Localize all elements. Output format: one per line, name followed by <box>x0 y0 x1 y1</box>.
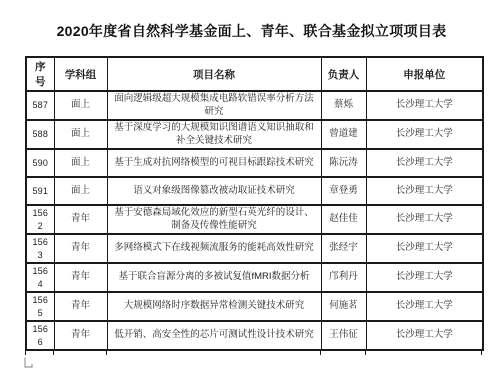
cell-group: 青年 <box>54 234 107 263</box>
cell-leader: 曾道建 <box>321 120 366 149</box>
cell-group: 青年 <box>54 321 107 350</box>
cell-unit: 长沙理工大学 <box>366 205 483 234</box>
cell-group: 面上 <box>54 120 107 149</box>
cell-seq: 587 <box>26 91 54 120</box>
cell-unit: 长沙理工大学 <box>366 292 483 321</box>
table-row: 591 面上 语义对象级图像篡改被动取证技术研究 章登勇 长沙理工大学 <box>26 177 483 205</box>
table-row: 590 面上 基于生成对抗网络模型的可视目标跟踪技术研究 陈沅涛 长沙理工大学 <box>26 149 483 177</box>
cell-seq: 1563 <box>26 234 54 263</box>
cell-unit: 长沙理工大学 <box>366 263 483 292</box>
cell-unit: 长沙理工大学 <box>366 321 483 350</box>
cell-unit: 长沙理工大学 <box>366 234 483 263</box>
header-cell-project: 项目名称 <box>107 57 321 91</box>
header-cell-seq: 序号 <box>26 57 54 91</box>
document-page: 2020年度省自然科学基金面上、青年、联合基金拟立项项目表 序号 学科组 项目名… <box>0 0 503 384</box>
cell-leader: 何施茗 <box>321 292 366 321</box>
cell-leader: 陈沅涛 <box>321 149 366 177</box>
cell-group: 青年 <box>54 205 107 234</box>
cell-unit: 长沙理工大学 <box>366 149 483 177</box>
cell-unit: 长沙理工大学 <box>366 120 483 149</box>
cell-seq: 1566 <box>26 321 54 350</box>
cell-seq: 590 <box>26 149 54 177</box>
text-caret-icon <box>23 357 35 369</box>
cell-project: 基于生成对抗网络模型的可视目标跟踪技术研究 <box>107 149 321 177</box>
cell-project: 语义对象级图像篡改被动取证技术研究 <box>107 177 321 205</box>
cell-group: 面上 <box>54 91 107 120</box>
cell-leader: 赵佳佳 <box>321 205 366 234</box>
cell-group: 面上 <box>54 149 107 177</box>
table-row: 1565 青年 大规模网络时序数据异常检测关键技术研究 何施茗 长沙理工大学 <box>26 292 483 321</box>
cell-seq: 1564 <box>26 263 54 292</box>
table-row: 587 面上 面向逻辑级超大规模集成电路软错误率分析方法研究 蔡烁 长沙理工大学 <box>26 91 483 120</box>
cell-project: 面向逻辑级超大规模集成电路软错误率分析方法研究 <box>107 91 321 120</box>
cell-project: 基于联合盲源分离的多被试复值fMRI数据分析 <box>107 263 321 292</box>
table-row: 1563 青年 多网络模式下在线视频流服务的能耗高效性研究 张经宇 长沙理工大学 <box>26 234 483 263</box>
cell-group: 青年 <box>54 292 107 321</box>
cell-leader: 邝利丹 <box>321 263 366 292</box>
clipped-next-row <box>25 351 482 355</box>
table-row: 588 面上 基于深度学习的大规模知识图谱语义知识抽取和补全关键技术研究 曾道建… <box>26 120 483 149</box>
page-title: 2020年度省自然科学基金面上、青年、联合基金拟立项项目表 <box>0 0 503 41</box>
table-row: 1566 青年 低开销、高安全性的芯片可测试性设计技术研究 王伟征 长沙理工大学 <box>26 321 483 350</box>
project-table: 序号 学科组 项目名称 负责人 申报单位 587 面上 面向逻辑级超大规模集成电… <box>25 56 484 351</box>
cell-leader: 蔡烁 <box>321 91 366 120</box>
table-row: 1562 青年 基于安德森局域化效应的新型石英光纤的设计、制备及传像性能研究 赵… <box>26 205 483 234</box>
cell-unit: 长沙理工大学 <box>366 91 483 120</box>
header-cell-group: 学科组 <box>54 57 107 91</box>
cell-leader: 王伟征 <box>321 321 366 350</box>
cell-seq: 1562 <box>26 205 54 234</box>
cell-project: 大规模网络时序数据异常检测关键技术研究 <box>107 292 321 321</box>
cell-leader: 章登勇 <box>321 177 366 205</box>
cell-project: 低开销、高安全性的芯片可测试性设计技术研究 <box>107 321 321 350</box>
cell-project: 多网络模式下在线视频流服务的能耗高效性研究 <box>107 234 321 263</box>
header-cell-leader: 负责人 <box>321 57 366 91</box>
header-cell-unit: 申报单位 <box>366 57 483 91</box>
cell-project: 基于安德森局域化效应的新型石英光纤的设计、制备及传像性能研究 <box>107 205 321 234</box>
table-row: 1564 青年 基于联合盲源分离的多被试复值fMRI数据分析 邝利丹 长沙理工大… <box>26 263 483 292</box>
cell-seq: 588 <box>26 120 54 149</box>
cell-unit: 长沙理工大学 <box>366 177 483 205</box>
cell-leader: 张经宇 <box>321 234 366 263</box>
cell-group: 面上 <box>54 177 107 205</box>
cell-seq: 591 <box>26 177 54 205</box>
cell-project: 基于深度学习的大规模知识图谱语义知识抽取和补全关键技术研究 <box>107 120 321 149</box>
table-header-row: 序号 学科组 项目名称 负责人 申报单位 <box>26 57 483 91</box>
cell-seq: 1565 <box>26 292 54 321</box>
cell-group: 青年 <box>54 263 107 292</box>
